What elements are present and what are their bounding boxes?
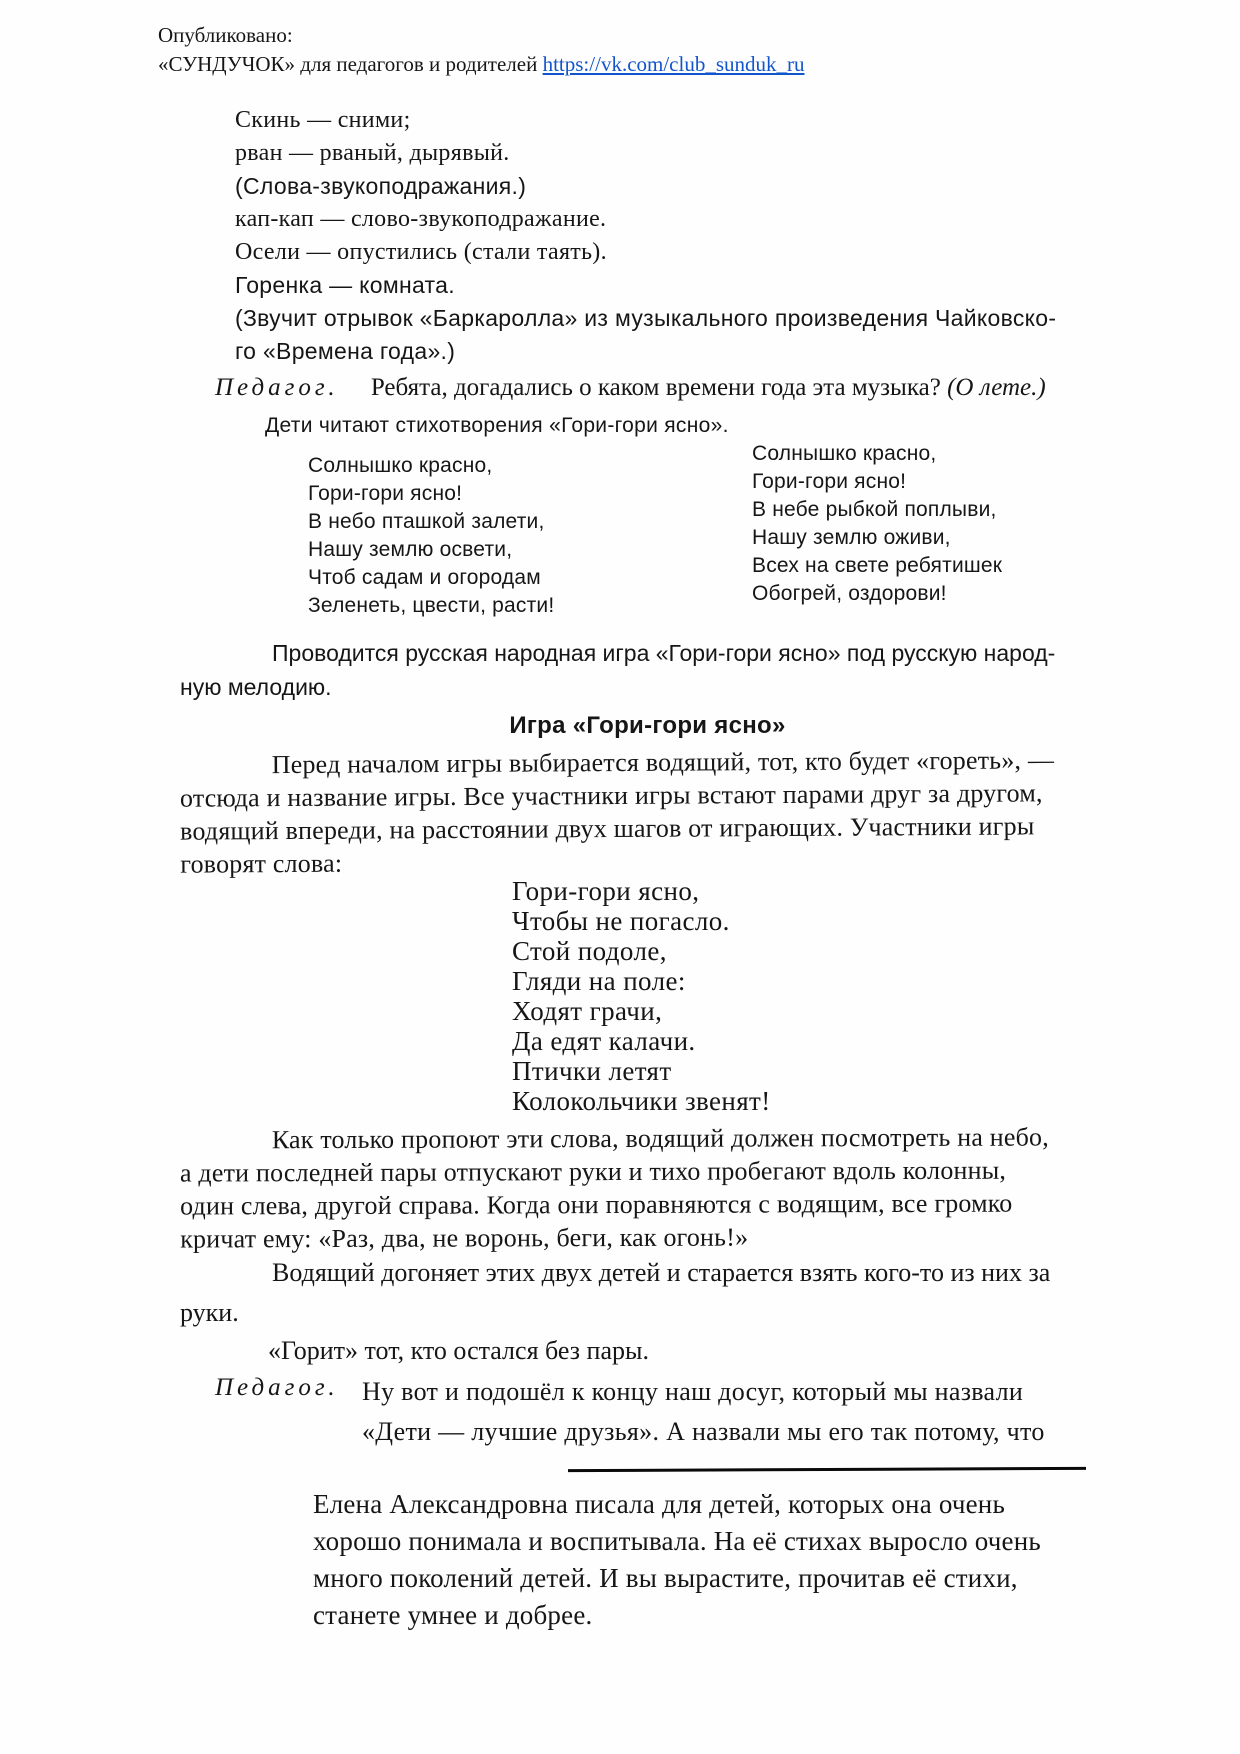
poem-line: Солнышко красно, [308, 452, 554, 480]
footnote-divider [568, 1467, 1086, 1472]
poem-line: В небо пташкой залети, [308, 508, 554, 536]
game-rules-final: «Горит» тот, кто остался без пары. [268, 1336, 649, 1366]
game-description: Перед началом игры выбирается водящий, т… [180, 743, 1055, 880]
glossary-line: Скинь — сними; [235, 104, 1056, 137]
poem-line: Нашу землю освети, [308, 536, 554, 564]
published-label: Опубликовано: [158, 22, 293, 49]
poem-right-column: Солнышко красно, Гори-гори ясно! В небе … [752, 440, 1002, 608]
poem-line: Гори-гори ясно! [752, 468, 1002, 496]
footnote-line: станете умнее и добрее. [313, 1597, 1041, 1634]
chant-line: Гляди на поле: [512, 966, 771, 996]
chant-line: Да едят калачи. [512, 1026, 771, 1056]
chant-line: Чтобы не погасло. [512, 906, 771, 936]
club-line: «СУНДУЧОК» для педагогов и родителей htt… [158, 52, 805, 77]
speaker-label: Педагог. [215, 1374, 339, 1402]
glossary-line: рван — рваный, дырявый. [235, 137, 1056, 170]
glossary-line: Горенка — комната. [235, 269, 1056, 302]
document-page: Опубликовано: «СУНДУЧОК» для педагогов и… [0, 0, 1240, 1754]
paragraph-line: отсюда и название игры. Все участники иг… [180, 776, 1055, 814]
glossary-line: Осели — опустились (стали таять). [235, 236, 1056, 269]
glossary-block: Скинь — сними; рван — рваный, дырявый. (… [235, 104, 1056, 368]
glossary-line: (Слова-звукоподражания.) [235, 170, 1056, 203]
club-line-text: «СУНДУЧОК» для педагогов и родителей [158, 52, 537, 76]
poem-line: Гори-гори ясно! [308, 480, 554, 508]
teacher-answer-text: (О лете.) [947, 374, 1046, 401]
poem-line: Чтоб садам и огородам [308, 564, 554, 592]
chant-line: Стой подоле, [512, 936, 771, 966]
paragraph-line: «Дети — лучшие друзья». А назвали мы его… [362, 1412, 1045, 1452]
poem-left-column: Солнышко красно, Гори-гори ясно! В небо … [308, 452, 554, 620]
teacher-closing-text: Ну вот и подошёл к концу наш досуг, кото… [362, 1372, 1045, 1452]
footnote-line: Елена Александровна писала для детей, ко… [313, 1486, 1041, 1523]
chant-line: Ходят грачи, [512, 996, 771, 1026]
poem-line: В небе рыбкой поплыви, [752, 496, 1002, 524]
poem-line: Обогрей, оздорови! [752, 580, 1002, 608]
glossary-line: (Звучит отрывок «Баркаролла» из музыкаль… [235, 302, 1056, 335]
glossary-line: го «Времена года».) [235, 335, 1056, 368]
vk-link[interactable]: https://vk.com/club_sunduk_ru [543, 52, 805, 76]
paragraph-line: один слева, другой справа. Когда они пор… [180, 1186, 1049, 1222]
paragraph-line: а дети последней пары отпускают руки и т… [180, 1153, 1049, 1189]
game-rules: Как только пропоют эти слова, водящий до… [180, 1120, 1050, 1255]
game-rules-continued: руки. [180, 1298, 239, 1328]
poem-line: Солнышко красно, [752, 440, 1002, 468]
chant-line: Гори-гори ясно, [512, 876, 771, 906]
chant-line: Птички летят [512, 1056, 771, 1086]
chant-line: Колокольчики звенят! [512, 1086, 771, 1116]
paragraph-line: Перед началом игры выбирается водящий, т… [180, 743, 1055, 781]
footnote-line: хорошо понимала и воспитывала. На её сти… [313, 1523, 1041, 1560]
game-rules-continued: Водящий догоняет этих двух детей и стара… [272, 1258, 1050, 1288]
paragraph-line: говорят слова: [180, 842, 1055, 880]
teacher-question-text: Ребята, догадались о каком времени года … [371, 374, 941, 401]
footnote-line: много поколений детей. И вы вырастите, п… [313, 1560, 1041, 1597]
poem-line: Всех на свете ребятишек [752, 552, 1002, 580]
poem-line: Нашу землю оживи, [752, 524, 1002, 552]
glossary-line: кап-кап — слово-звукоподражание. [235, 203, 1056, 236]
paragraph-line: Ну вот и подошёл к концу наш досуг, кото… [362, 1372, 1045, 1412]
paragraph-line: водящий впереди, на расстоянии двух шаго… [180, 809, 1055, 847]
game-intro-line: ную мелодию. [180, 674, 332, 701]
chant-block: Гори-гори ясно, Чтобы не погасло. Стой п… [512, 876, 771, 1116]
speaker-label: Педагог. [215, 374, 339, 401]
footnote-block: Елена Александровна писала для детей, ко… [313, 1486, 1041, 1634]
paragraph-line: Как только пропоют эти слова, водящий до… [180, 1120, 1049, 1156]
stage-note: Дети читают стихотворения «Гори-гори ясн… [265, 414, 729, 438]
teacher-question-line: Педагог. Ребята, догадались о каком врем… [215, 374, 1046, 402]
poem-line: Зеленеть, цвести, расти! [308, 592, 554, 620]
game-intro-line: Проводится русская народная игра «Гори-г… [272, 640, 1055, 667]
game-title: Игра «Гори-гори ясно» [180, 712, 1115, 740]
paragraph-line: кричат ему: «Раз, два, не воронь, беги, … [180, 1219, 1049, 1255]
